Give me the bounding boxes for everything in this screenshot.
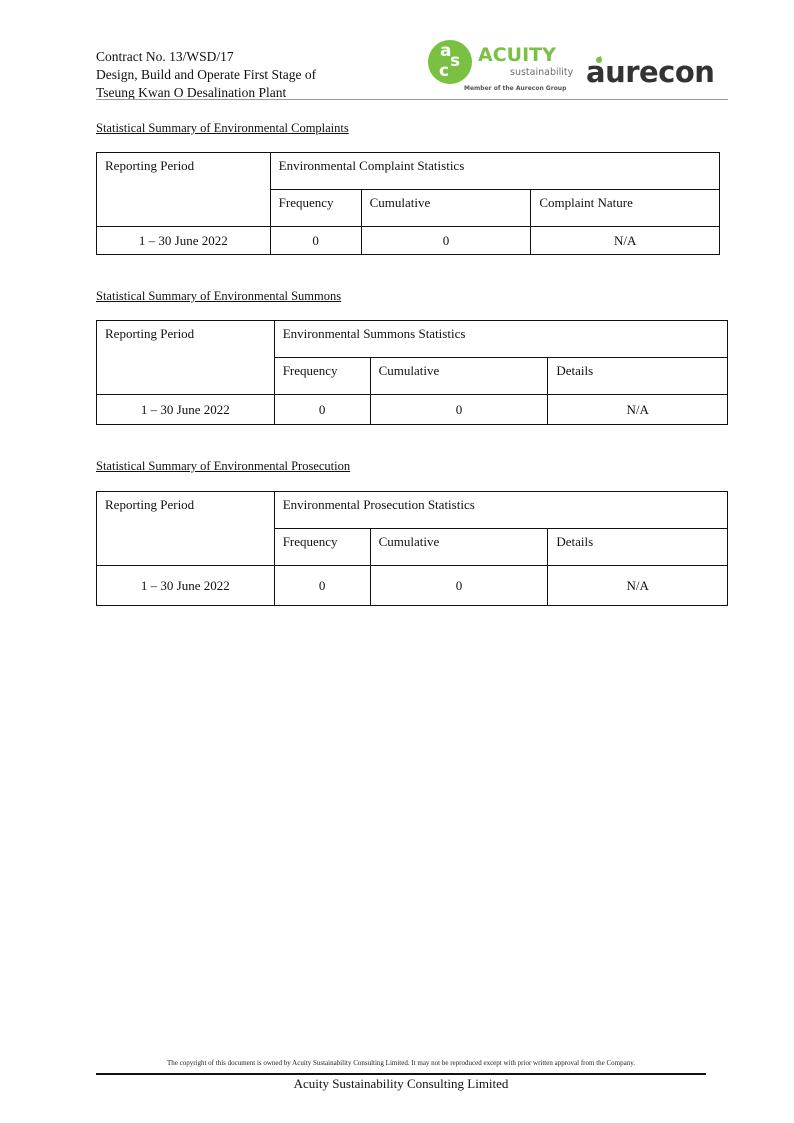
table-row: 1 – 30 June 2022 0 0 N/A (97, 395, 728, 425)
document-header: Contract No. 13/WSD/17 Design, Build and… (96, 48, 316, 102)
cumulative-cell: 0 (370, 566, 548, 606)
statistics-group-header: Environmental Prosecution Statistics (274, 492, 727, 529)
frequency-cell: 0 (274, 395, 370, 425)
section-title-summons: Statistical Summary of Environmental Sum… (96, 289, 341, 304)
details-header: Details (548, 529, 728, 566)
period-cell: 1 – 30 June 2022 (97, 227, 271, 255)
reporting-period-header: Reporting Period (97, 153, 271, 227)
period-cell: 1 – 30 June 2022 (97, 566, 275, 606)
project-title-line-1: Design, Build and Operate First Stage of (96, 66, 316, 84)
period-cell: 1 – 30 June 2022 (97, 395, 275, 425)
details-header: Details (548, 358, 728, 395)
frequency-cell: 0 (274, 566, 370, 606)
table-row: 1 – 30 June 2022 0 0 N/A (97, 566, 728, 606)
acuity-member-text: Member of the Aurecon Group (464, 85, 566, 92)
details-cell: N/A (531, 227, 720, 255)
statistics-group-header: Environmental Complaint Statistics (270, 153, 719, 190)
complaint-nature-header: Complaint Nature (531, 190, 720, 227)
frequency-header: Frequency (274, 529, 370, 566)
reporting-period-header: Reporting Period (97, 492, 275, 566)
section-title-complaints: Statistical Summary of Environmental Com… (96, 121, 349, 136)
table-row: 1 – 30 June 2022 0 0 N/A (97, 227, 720, 255)
cumulative-cell: 0 (370, 395, 548, 425)
prosecution-table: Reporting Period Environmental Prosecuti… (96, 491, 728, 606)
frequency-header: Frequency (274, 358, 370, 395)
summons-table: Reporting Period Environmental Summons S… (96, 320, 728, 425)
complaints-table: Reporting Period Environmental Complaint… (96, 152, 720, 255)
details-cell: N/A (548, 566, 728, 606)
statistics-group-header: Environmental Summons Statistics (274, 321, 727, 358)
cumulative-header: Cumulative (370, 358, 548, 395)
asc-mark-icon: a s c (428, 40, 472, 84)
acuity-wordmark: ACUITY (478, 44, 556, 66)
frequency-cell: 0 (270, 227, 361, 255)
acuity-logo: a s c ACUITY sustainability Member of th… (428, 40, 563, 96)
cumulative-header: Cumulative (370, 529, 548, 566)
section-title-prosecution: Statistical Summary of Environmental Pro… (96, 459, 350, 474)
details-cell: N/A (548, 395, 728, 425)
cumulative-cell: 0 (361, 227, 531, 255)
cumulative-header: Cumulative (361, 190, 531, 227)
header-divider (96, 99, 728, 100)
footer-company-name: Acuity Sustainability Consulting Limited (96, 1076, 706, 1092)
frequency-header: Frequency (270, 190, 361, 227)
copyright-notice: The copyright of this document is owned … (96, 1059, 706, 1067)
contract-number: Contract No. 13/WSD/17 (96, 48, 316, 66)
acuity-subtitle: sustainability (510, 67, 573, 78)
footer-divider (96, 1073, 706, 1075)
reporting-period-header: Reporting Period (97, 321, 275, 395)
aurecon-logo: aurecon (586, 56, 714, 88)
